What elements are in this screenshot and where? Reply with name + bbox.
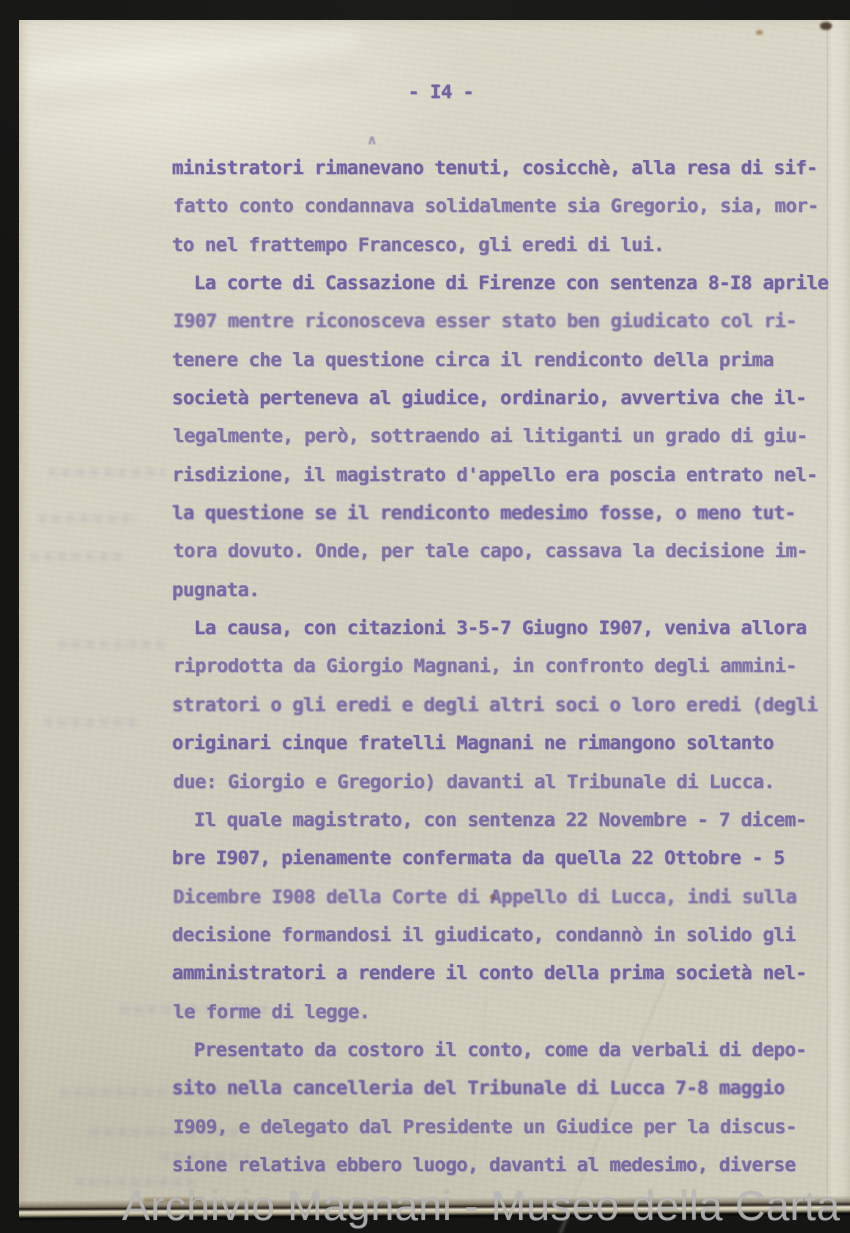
text-line: I907 mentre riconosceva esser stato ben … xyxy=(173,303,849,341)
text-line: sione relativa ebbero luogo, davanti al … xyxy=(172,1147,848,1185)
bleed-through-smudge xyxy=(48,468,166,477)
text-line: bre I907, pienamente confermata da quell… xyxy=(172,840,848,878)
text-line: due: Giorgio e Gregorio) davanti al Trib… xyxy=(173,764,849,802)
text-line: le forme di legge. xyxy=(173,994,849,1032)
text-line: riprodotta da Giorgio Magnani, in confro… xyxy=(173,648,849,686)
ink-stain-top-right xyxy=(820,22,832,30)
rust-speck-top xyxy=(756,30,763,35)
text-line: tenere che la questione circa il rendico… xyxy=(172,342,848,380)
text-line: La corte di Cassazione di Firenze con se… xyxy=(172,265,848,303)
text-line: la questione se il rendiconto medesimo f… xyxy=(172,495,848,533)
text-line: Il quale magistrato, con sentenza 22 Nov… xyxy=(172,802,848,840)
typewriter-text-block: ministratori rimanevano tenuti, cosicchè… xyxy=(172,150,848,1185)
text-line: tora dovuto. Onde, per tale capo, cassav… xyxy=(173,533,849,571)
scanned-document-page: { "meta": { "background_color": "#151514… xyxy=(0,0,850,1233)
text-line: sito nella cancelleria del Tribunale di … xyxy=(172,1070,848,1108)
text-line: risdizione, il magistrato d'appello era … xyxy=(172,457,848,495)
paper-bottom-edge xyxy=(19,1195,850,1220)
text-line: stratori o gli eredi e degli altri soci … xyxy=(172,687,848,725)
bleed-through-smudge xyxy=(44,718,140,727)
text-line: pugnata. xyxy=(172,572,848,610)
text-line: legalmente, però, sottraendo ai litigant… xyxy=(173,418,849,456)
text-line: originari cinque fratelli Magnani ne rim… xyxy=(172,725,848,763)
stray-ink-mark: ʌ xyxy=(368,133,375,148)
text-line: Presentato da costoro il conto, come da … xyxy=(172,1032,848,1070)
text-line: Dicembre I908 della Corte di Appello di … xyxy=(173,879,849,917)
bleed-through-smudge xyxy=(30,552,122,561)
text-line: to nel frattempo Francesco, gli eredi di… xyxy=(172,227,848,265)
text-line: La causa, con citazioni 3-5-7 Giugno I90… xyxy=(172,610,848,648)
text-line: decisione formandosi il giudicato, conda… xyxy=(172,917,848,955)
text-line: società perteneva al giudice, ordinario,… xyxy=(172,380,848,418)
text-line: ministratori rimanevano tenuti, cosicchè… xyxy=(172,150,848,188)
text-line: I909, e delegato dal Presidente un Giudi… xyxy=(173,1109,849,1147)
bleed-through-smudge xyxy=(58,640,168,649)
text-line: fatto conto condannava solidalmente sia … xyxy=(173,188,849,226)
page-number: - I4 - xyxy=(408,81,474,103)
text-line: amministratori a rendere il conto della … xyxy=(172,955,848,993)
bleed-through-smudge xyxy=(38,514,138,523)
